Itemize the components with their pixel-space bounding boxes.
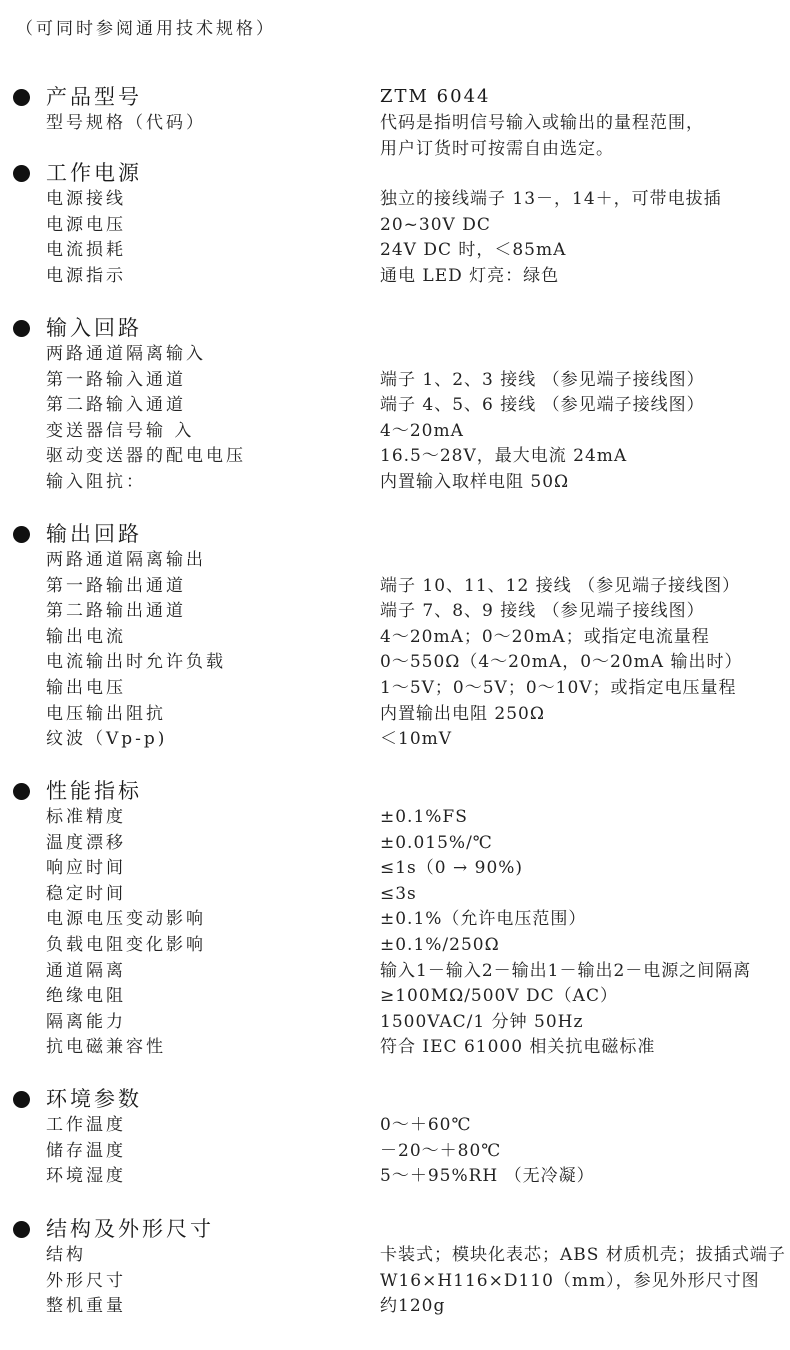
spec-row: 抗电磁兼容性符合 IEC 61000 相关抗电磁标准 [0,1035,790,1061]
spec-row: 稳定时间≤3s [0,882,790,908]
spec-value: 代码是指明信号输入或输出的量程范围， [380,111,704,137]
spec-label: 电流损耗 [46,238,126,264]
section-title: 输出回路 [46,520,142,548]
spec-value: ±0.1%/250Ω [380,933,500,959]
spec-value: 通电 LED 灯亮：绿色 [380,264,559,290]
section-heading: 工作电源 [0,159,790,187]
section-heading: 性能指标 [0,777,790,805]
section-heading: 环境参数 [0,1085,790,1113]
section-heading: 结构及外形尺寸 [0,1215,790,1243]
spec-value: 1～5V；0～5V；0～10V；或指定电压量程 [380,676,737,702]
spec-row: 隔离能力1500VAC/1 分钟 50Hz [0,1010,790,1036]
spec-value: －20～＋80℃ [380,1139,501,1165]
spec-row: 储存温度－20～＋80℃ [0,1139,790,1165]
spec-value: ≥100MΩ/500V DC（AC） [380,984,618,1010]
spec-label: 第一路输入通道 [46,368,186,394]
spec-value: ±0.1%FS [380,805,468,831]
spec-row: 绝缘电阻≥100MΩ/500V DC（AC） [0,984,790,1010]
section-title: 产品型号 [46,83,142,111]
spec-label: 第二路输出通道 [46,599,186,625]
spec-value: 1500VAC/1 分钟 50Hz [380,1010,583,1036]
spec-value: 20~30V DC [380,213,491,239]
spec-row: 响应时间≤1s（0 → 90%) [0,856,790,882]
bullet-icon [13,320,30,337]
spec-row: 电压输出阻抗内置输出电阻 250Ω [0,702,790,728]
spec-label: 电压输出阻抗 [46,702,166,728]
spec-value: 24V DC 时，＜85mA [380,238,566,264]
section-power-supply: 工作电源 电源接线独立的接线端子 13－，14＋，可带电拔插 电源电压20~30… [0,159,790,289]
spec-row: 驱动变送器的配电电压16.5～28V，最大电流 24mA [0,444,790,470]
spec-row: 两路通道隔离输出 [0,548,790,574]
spec-label: 稳定时间 [46,882,126,908]
spec-label: 电源接线 [46,187,126,213]
spec-row: 电源指示通电 LED 灯亮：绿色 [0,264,790,290]
spec-label: 电流输出时允许负载 [46,650,226,676]
section-output-circuit: 输出回路 两路通道隔离输出 第一路输出通道端子 10、11、12 接线 （参见端… [0,520,790,753]
spec-label: 隔离能力 [46,1010,126,1036]
section-title: 输入回路 [46,314,142,342]
spec-value: 4～20mA [380,419,464,445]
spec-row: 电源电压20~30V DC [0,213,790,239]
spec-value: 符合 IEC 61000 相关抗电磁标准 [380,1035,655,1061]
spec-label: 两路通道隔离输入 [46,342,206,368]
spec-value: 内置输入取样电阻 50Ω [380,470,569,496]
spec-label: 第一路输出通道 [46,574,186,600]
spec-row: 第一路输出通道端子 10、11、12 接线 （参见端子接线图） [0,574,790,600]
spec-row: 第二路输出通道端子 7、8、9 接线 （参见端子接线图） [0,599,790,625]
spec-label: 电源指示 [46,264,126,290]
spec-label: 响应时间 [46,856,126,882]
section-title: 工作电源 [46,159,142,187]
spec-label: 温度漂移 [46,831,126,857]
spec-label: 储存温度 [46,1139,126,1165]
spec-label: 输入阻抗： [46,470,146,496]
spec-value: 端子 7、8、9 接线 （参见端子接线图） [380,599,705,625]
spec-row: 输出电流4～20mA；0～20mA；或指定电流量程 [0,625,790,651]
spec-row: 工作温度0～＋60℃ [0,1113,790,1139]
section-title: 环境参数 [46,1085,142,1113]
spec-value: 内置输出电阻 250Ω [380,702,545,728]
spec-label: 纹波（Vp-p) [46,727,167,753]
spec-value: 端子 1、2、3 接线 （参见端子接线图） [380,368,705,394]
spec-label: 变送器信号输 入 [46,419,194,445]
spec-value: W16×H116×D110（mm），参见外形尺寸图 [380,1269,760,1295]
general-spec-note: （可同时参阅通用技术规格） [16,14,276,39]
spec-row: 变送器信号输 入4～20mA [0,419,790,445]
spec-row: 输出电压1～5V；0～5V；0～10V；或指定电压量程 [0,676,790,702]
spec-label: 外形尺寸 [46,1269,126,1295]
spec-value: 4～20mA；0～20mA；或指定电流量程 [380,625,710,651]
spec-value: 0～＋60℃ [380,1113,471,1139]
spec-value: 0～550Ω（4～20mA，0～20mA 输出时） [380,650,742,676]
spec-row: 第一路输入通道端子 1、2、3 接线 （参见端子接线图） [0,368,790,394]
bullet-icon [13,89,30,106]
spec-label: 工作温度 [46,1113,126,1139]
spec-label: 标准精度 [46,805,126,831]
spec-row: 温度漂移±0.015%/℃ [0,831,790,857]
model-number: ZTM 6044 [380,83,490,111]
section-title: 结构及外形尺寸 [46,1215,214,1243]
section-performance: 性能指标 标准精度±0.1%FS 温度漂移±0.015%/℃ 响应时间≤1s（0… [0,777,790,1061]
spec-value: ±0.1%（允许电压范围） [380,907,586,933]
spec-value: 独立的接线端子 13－，14＋，可带电拔插 [380,187,722,213]
spec-label: 绝缘电阻 [46,984,126,1010]
spec-label: 整机重量 [46,1294,126,1320]
spec-value: 16.5～28V，最大电流 24mA [380,444,627,470]
spec-row: 整机重量约120g [0,1294,790,1320]
spec-row: 两路通道隔离输入 [0,342,790,368]
spec-value: ±0.015%/℃ [380,831,493,857]
spec-value: 卡装式；模块化表芯；ABS 材质机壳；拔插式端子 [380,1243,786,1269]
spec-row: 电源接线独立的接线端子 13－，14＋，可带电拔插 [0,187,790,213]
spec-label: 抗电磁兼容性 [46,1035,166,1061]
bullet-icon [13,1221,30,1238]
spec-label: 负载电阻变化影响 [46,933,206,959]
spec-label: 电源电压 [46,213,126,239]
bullet-icon [13,526,30,543]
section-structure-dimensions: 结构及外形尺寸 结构卡装式；模块化表芯；ABS 材质机壳；拔插式端子 外形尺寸W… [0,1215,790,1320]
spec-value: 输入1－输入2－输出1－输出2－电源之间隔离 [380,959,751,985]
spec-label: 两路通道隔离输出 [46,548,206,574]
spec-row: 第二路输入通道端子 4、5、6 接线 （参见端子接线图） [0,393,790,419]
section-title: 性能指标 [46,777,142,805]
spec-label: 型号规格（代码） [46,111,206,137]
spec-row: 外形尺寸W16×H116×D110（mm），参见外形尺寸图 [0,1269,790,1295]
section-heading: 输入回路 [0,314,790,342]
spec-label: 驱动变送器的配电电压 [46,444,246,470]
section-heading: 产品型号 ZTM 6044 [0,83,790,111]
section-heading: 输出回路 [0,520,790,548]
spec-row: 纹波（Vp-p)＜10mV [0,727,790,753]
spec-value: ＜10mV [380,727,452,753]
spec-label: 结构 [46,1243,86,1269]
section-environment: 环境参数 工作温度0～＋60℃ 储存温度－20～＋80℃ 环境湿度5～＋95%R… [0,1085,790,1190]
spec-label: 第二路输入通道 [46,393,186,419]
bullet-icon [13,165,30,182]
spec-label: 电源电压变动影响 [46,907,206,933]
spec-row: 环境湿度5～＋95%RH （无冷凝） [0,1164,790,1190]
spec-value: 约120g [380,1294,445,1320]
section-product-model: 产品型号 ZTM 6044 型号规格（代码） 代码是指明信号输入或输出的量程范围… [0,83,790,162]
spec-row: 负载电阻变化影响±0.1%/250Ω [0,933,790,959]
spec-label: 通道隔离 [46,959,126,985]
spec-value: 端子 4、5、6 接线 （参见端子接线图） [380,393,705,419]
bullet-icon [13,1091,30,1108]
spec-label: 输出电压 [46,676,126,702]
spec-row: 电流输出时允许负载0～550Ω（4～20mA，0～20mA 输出时） [0,650,790,676]
spec-row: 通道隔离输入1－输入2－输出1－输出2－电源之间隔离 [0,959,790,985]
section-input-circuit: 输入回路 两路通道隔离输入 第一路输入通道端子 1、2、3 接线 （参见端子接线… [0,314,790,496]
spec-value: 端子 10、11、12 接线 （参见端子接线图） [380,574,740,600]
spec-row: 标准精度±0.1%FS [0,805,790,831]
spec-value: ≤3s [380,882,417,908]
spec-label: 环境湿度 [46,1164,126,1190]
spec-value: 5～＋95%RH （无冷凝） [380,1164,595,1190]
bullet-icon [13,783,30,800]
spec-row: 电流损耗24V DC 时，＜85mA [0,238,790,264]
spec-row: 结构卡装式；模块化表芯；ABS 材质机壳；拔插式端子 [0,1243,790,1269]
spec-value: ≤1s（0 → 90%) [380,856,523,882]
spec-label: 输出电流 [46,625,126,651]
spec-row: 电源电压变动影响±0.1%（允许电压范围） [0,907,790,933]
spec-row: 型号规格（代码） 代码是指明信号输入或输出的量程范围， [0,111,790,137]
spec-row: 输入阻抗：内置输入取样电阻 50Ω [0,470,790,496]
